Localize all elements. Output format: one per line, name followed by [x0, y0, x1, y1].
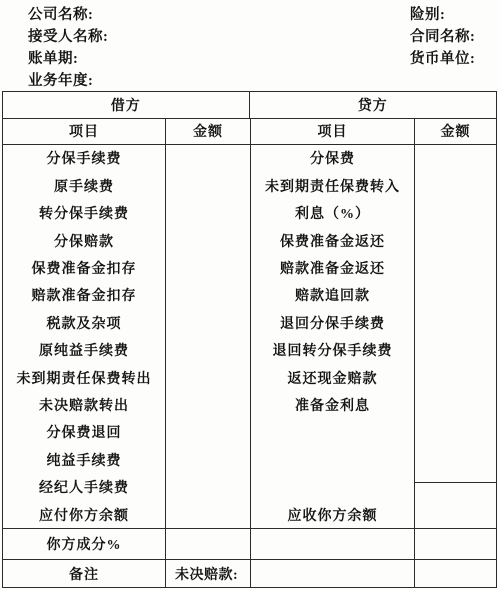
field-label-acceptor-name: 接受人名称: — [28, 26, 108, 48]
side-header-row: 借方 贷方 — [3, 92, 496, 119]
debit-item: 赔款准备金扣存 — [3, 282, 165, 309]
share-percentage-credit-blank — [251, 529, 415, 559]
header-right-block: 险别: 合同名称: 货币单位: — [410, 4, 475, 70]
share-percentage-row: 你方成分% — [3, 529, 496, 560]
credit-item: 退回分保手续费 — [251, 309, 414, 336]
debit-item: 纯益手续费 — [3, 446, 165, 473]
credit-item: 返还现金赔款 — [251, 364, 414, 391]
reinsurance-statement-form: 公司名称: 接受人名称: 账单期: 业务年度: 险别: 合同名称: 货币单位: … — [0, 0, 500, 590]
credit-amount-column-header: 金额 — [415, 119, 496, 144]
empty-line — [251, 446, 414, 473]
remarks-amount-blank — [415, 560, 496, 587]
share-percentage-debit-blank — [166, 529, 251, 559]
debit-item: 税款及杂项 — [3, 309, 165, 336]
debit-item: 保费准备金扣存 — [3, 254, 165, 281]
credit-item: 未到期责任保费转入 — [251, 172, 414, 199]
credit-item: 分保费 — [251, 145, 414, 172]
field-label-company-name: 公司名称: — [28, 4, 108, 26]
debit-item: 转分保手续费 — [3, 200, 165, 227]
account-table: 借方 贷方 项目 金额 项目 金额 分保手续费 原手续费 转分保手续费 分保赔款… — [2, 91, 497, 588]
column-header-row: 项目 金额 项目 金额 — [3, 119, 496, 145]
credit-item: 准备金利息 — [251, 391, 414, 418]
credit-item: 退回转分保手续费 — [251, 337, 414, 364]
empty-line — [251, 473, 414, 500]
credit-item: 赔款准备金返还 — [251, 254, 414, 281]
debit-item: 原手续费 — [3, 172, 165, 199]
debit-item: 原纯益手续费 — [3, 337, 165, 364]
table-body: 分保手续费 原手续费 转分保手续费 分保赔款 保费准备金扣存 赔款准备金扣存 税… — [3, 145, 496, 529]
debit-item-column-header: 项目 — [3, 119, 166, 144]
debit-items-column: 分保手续费 原手续费 转分保手续费 分保赔款 保费准备金扣存 赔款准备金扣存 税… — [3, 145, 166, 528]
credit-item: 保费准备金返还 — [251, 227, 414, 254]
debit-item: 分保费退回 — [3, 419, 165, 446]
debit-amount-column-header: 金额 — [166, 119, 251, 144]
remarks-row: 备注 未决赔款: — [3, 560, 496, 587]
share-percentage-label: 你方成分% — [3, 529, 166, 559]
field-label-contract-name: 合同名称: — [410, 26, 475, 48]
debit-item: 经纪人手续费 — [3, 473, 165, 500]
credit-amount-column-blank — [415, 145, 496, 528]
field-label-currency-unit: 货币单位: — [410, 48, 475, 70]
credit-side-header: 贷方 — [250, 92, 497, 118]
field-label-risk-class: 险别: — [410, 4, 475, 26]
pending-claims-value-blank — [251, 560, 415, 587]
field-label-business-year: 业务年度: — [28, 70, 108, 92]
empty-line — [251, 419, 414, 446]
credit-balance-amount-cell — [415, 482, 496, 528]
debit-amount-column-blank — [166, 145, 251, 528]
credit-item: 赔款追回款 — [251, 282, 414, 309]
debit-item: 分保赔款 — [3, 227, 165, 254]
share-percentage-credit-amount-blank — [415, 529, 496, 559]
pending-claims-label: 未决赔款: — [166, 560, 251, 587]
debit-side-header: 借方 — [3, 92, 250, 118]
field-label-statement-period: 账单期: — [28, 48, 108, 70]
credit-amount-blank-area — [415, 145, 496, 482]
debit-item: 应付你方余额 — [3, 501, 165, 528]
header-left-block: 公司名称: 接受人名称: 账单期: 业务年度: — [28, 4, 108, 92]
remarks-label: 备注 — [3, 560, 166, 587]
credit-item-column-header: 项目 — [251, 119, 415, 144]
debit-item: 分保手续费 — [3, 145, 165, 172]
credit-items-column: 分保费 未到期责任保费转入 利息（%） 保费准备金返还 赔款准备金返还 赔款追回… — [251, 145, 415, 528]
debit-item: 未决赔款转出 — [3, 391, 165, 418]
credit-balance-item: 应收你方余额 — [251, 501, 414, 528]
debit-item: 未到期责任保费转出 — [3, 364, 165, 391]
credit-item: 利息（%） — [251, 200, 414, 227]
